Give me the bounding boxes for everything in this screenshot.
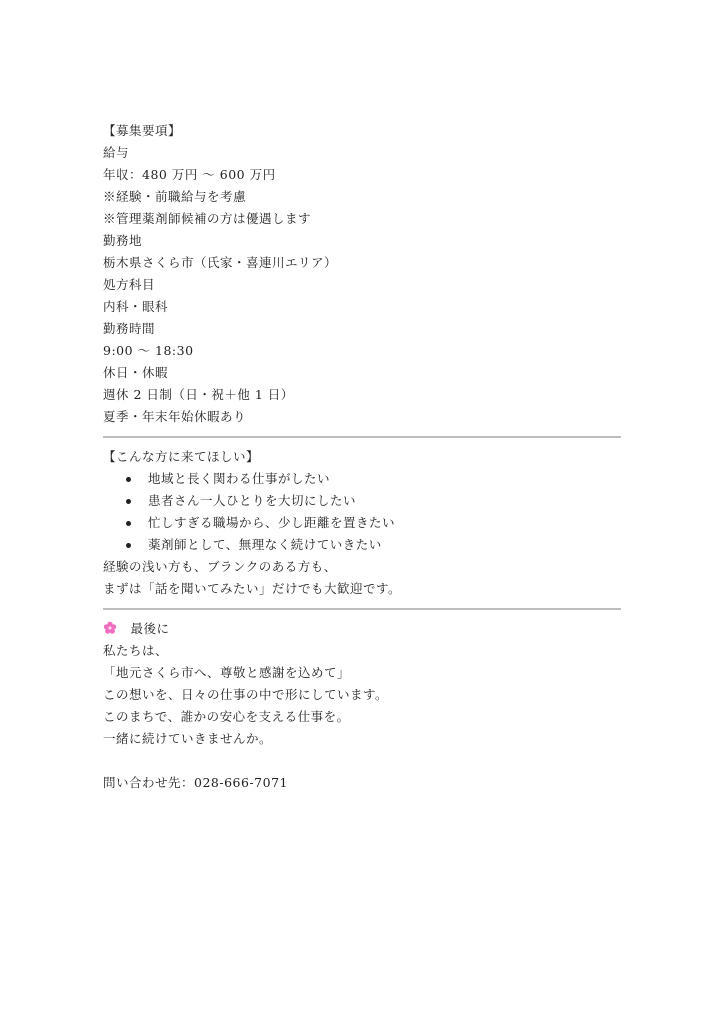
closing-text: まずは「話を聞いてみたい」だけでも大歓迎です。 bbox=[103, 578, 621, 600]
final-line: この想いを、日々の仕事の中で形にしています。 bbox=[103, 684, 621, 706]
salary-label: 給与 bbox=[103, 142, 621, 164]
section-divider bbox=[103, 436, 621, 438]
cherry-blossom-icon bbox=[103, 620, 117, 634]
list-item: 患者さん一人ひとりを大切にしたい bbox=[103, 490, 621, 512]
list-item: 地域と長く関わる仕事がしたい bbox=[103, 468, 621, 490]
bullet-icon bbox=[126, 477, 131, 482]
list-item-text: 患者さん一人ひとりを大切にしたい bbox=[148, 493, 356, 508]
document-page: 【募集要項】 給与 年収：480 万円 ～ 600 万円 ※経験・前職給与を考慮… bbox=[103, 120, 621, 794]
holidays-label: 休日・休暇 bbox=[103, 362, 621, 384]
salary-note: ※経験・前職給与を考慮 bbox=[103, 186, 621, 208]
ideal-candidate-section: 【こんな方に来てほしい】 地域と長く関わる仕事がしたい 患者さん一人ひとりを大切… bbox=[103, 446, 621, 600]
final-line: 「地元さくら市へ、尊敬と感謝を込めて」 bbox=[103, 662, 621, 684]
list-item-text: 地域と長く関わる仕事がしたい bbox=[148, 471, 330, 486]
contact-info: 問い合わせ先：028-666-7071 bbox=[103, 772, 621, 794]
location-value: 栃木県さくら市（氏家・喜連川エリア） bbox=[103, 252, 621, 274]
ideal-candidate-list: 地域と長く関わる仕事がしたい 患者さん一人ひとりを大切にしたい 忙しすぎる職場か… bbox=[103, 468, 621, 556]
recruitment-section: 【募集要項】 給与 年収：480 万円 ～ 600 万円 ※経験・前職給与を考慮… bbox=[103, 120, 621, 428]
list-item-text: 忙しすぎる職場から、少し距離を置きたい bbox=[148, 515, 395, 530]
holidays-value: 夏季・年末年始休暇あり bbox=[103, 406, 621, 428]
bullet-icon bbox=[126, 543, 131, 548]
blank-line bbox=[103, 750, 621, 772]
salary-note: ※管理薬剤師候補の方は優遇します bbox=[103, 208, 621, 230]
ideal-candidate-heading: 【こんな方に来てほしい】 bbox=[103, 446, 621, 468]
final-heading-row: 最後に bbox=[103, 618, 621, 640]
final-line: このまちで、誰かの安心を支える仕事を。 bbox=[103, 706, 621, 728]
final-line: 一緒に続けていきませんか。 bbox=[103, 728, 621, 750]
departments-label: 処方科目 bbox=[103, 274, 621, 296]
holidays-value: 週休 2 日制（日・祝＋他 1 日） bbox=[103, 384, 621, 406]
bullet-icon bbox=[126, 499, 131, 504]
list-item: 忙しすぎる職場から、少し距離を置きたい bbox=[103, 512, 621, 534]
hours-value: 9:00 ～ 18:30 bbox=[103, 340, 621, 362]
closing-text: 経験の浅い方も、ブランクのある方も、 bbox=[103, 556, 621, 578]
location-label: 勤務地 bbox=[103, 230, 621, 252]
list-item-text: 薬剤師として、無理なく続けていきたい bbox=[148, 537, 382, 552]
bullet-icon bbox=[126, 521, 131, 526]
final-line: 私たちは、 bbox=[103, 640, 621, 662]
hours-label: 勤務時間 bbox=[103, 318, 621, 340]
final-section: 最後に 私たちは、 「地元さくら市へ、尊敬と感謝を込めて」 この想いを、日々の仕… bbox=[103, 618, 621, 794]
list-item: 薬剤師として、無理なく続けていきたい bbox=[103, 534, 621, 556]
final-heading: 最後に bbox=[130, 621, 169, 636]
departments-value: 内科・眼科 bbox=[103, 296, 621, 318]
section-divider bbox=[103, 608, 621, 610]
salary-value: 年収：480 万円 ～ 600 万円 bbox=[103, 164, 621, 186]
recruitment-heading: 【募集要項】 bbox=[103, 120, 621, 142]
